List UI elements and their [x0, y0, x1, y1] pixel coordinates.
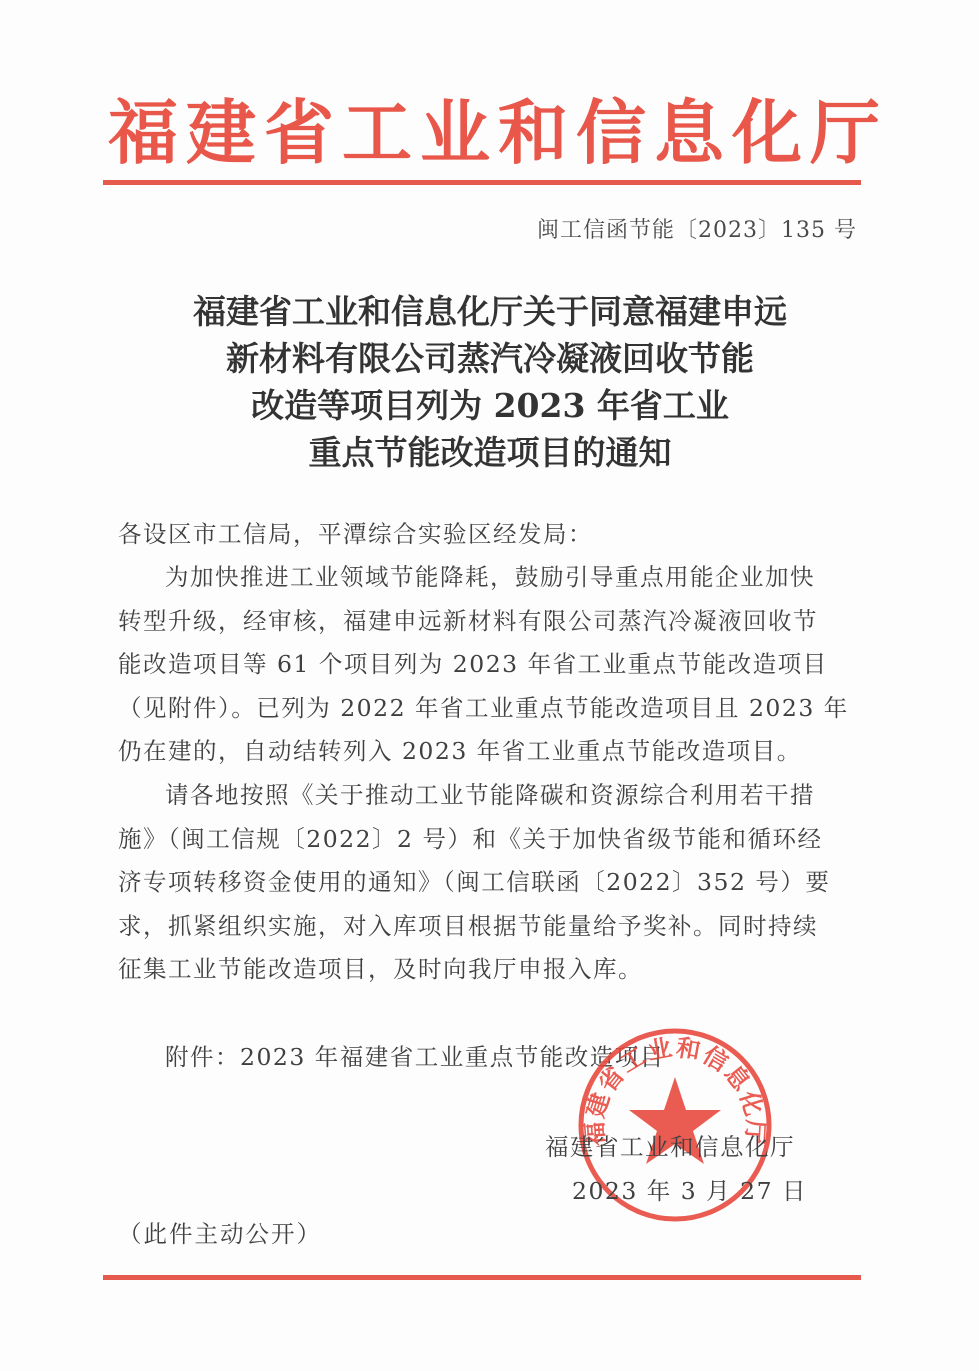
document-number: 闽工信函节能〔2023〕135 号 [537, 213, 857, 244]
title-line: 改造等项目列为 2023 年省工业 [110, 382, 870, 429]
masthead-issuer: 福建省工业和信息化厅 [108, 88, 868, 178]
document-page: 福建省工业和信息化厅 闽工信函节能〔2023〕135 号 福建省工业和信息化厅关… [0, 0, 979, 1371]
paragraph-line: 请各地按照《关于推动工业节能降碳和资源综合利用若干措 [118, 774, 863, 818]
title-line: 重点节能改造项目的通知 [110, 429, 870, 476]
masthead-divider [103, 180, 861, 185]
salutation: 各设区市工信局，平潭综合实验区经发局： [118, 513, 863, 557]
footer-divider [103, 1275, 861, 1280]
paragraph-1: 为加快推进工业领域节能降耗，鼓励引导重点用能企业加快 转型升级，经审核，福建申远… [118, 556, 863, 774]
attachment-note: 附件：2023 年福建省工业重点节能改造项目 [165, 1036, 910, 1080]
paragraph-2: 请各地按照《关于推动工业节能降碳和资源综合利用若干措 施》（闽工信规〔2022〕… [118, 774, 863, 992]
document-title: 福建省工业和信息化厅关于同意福建申远 新材料有限公司蒸汽冷凝液回收节能 改造等项… [110, 288, 870, 476]
paragraph-line: 济专项转移资金使用的通知》（闽工信联函〔2022〕352 号）要 [118, 861, 863, 905]
signature-date: 2023 年 3 月 27 日 [572, 1172, 807, 1206]
paragraph-line: 征集工业节能改造项目，及时向我厅申报入库。 [118, 948, 863, 992]
paragraph-line: 为加快推进工业领域节能降耗，鼓励引导重点用能企业加快 [118, 556, 863, 600]
paragraph-line: 仍在建的，自动结转列入 2023 年省工业重点节能改造项目。 [118, 730, 863, 774]
paragraph-line: 转型升级，经审核，福建申远新材料有限公司蒸汽冷凝液回收节 [118, 600, 863, 644]
title-line: 福建省工业和信息化厅关于同意福建申远 [110, 288, 870, 335]
paragraph-line: （见附件）。已列为 2022 年省工业重点节能改造项目且 2023 年 [118, 687, 863, 731]
paragraph-line: 求，抓紧组织实施，对入库项目根据节能量给予奖补。同时持续 [118, 905, 863, 949]
title-line: 新材料有限公司蒸汽冷凝液回收节能 [110, 335, 870, 382]
paragraph-line: 施》（闽工信规〔2022〕2 号）和《关于加快省级节能和循环经 [118, 818, 863, 862]
paragraph-line: 能改造项目等 61 个项目列为 2023 年省工业重点节能改造项目 [118, 643, 863, 687]
public-disclosure-note: （此件主动公开） [118, 1215, 322, 1249]
signature-issuer: 福建省工业和信息化厅 [545, 1128, 795, 1162]
